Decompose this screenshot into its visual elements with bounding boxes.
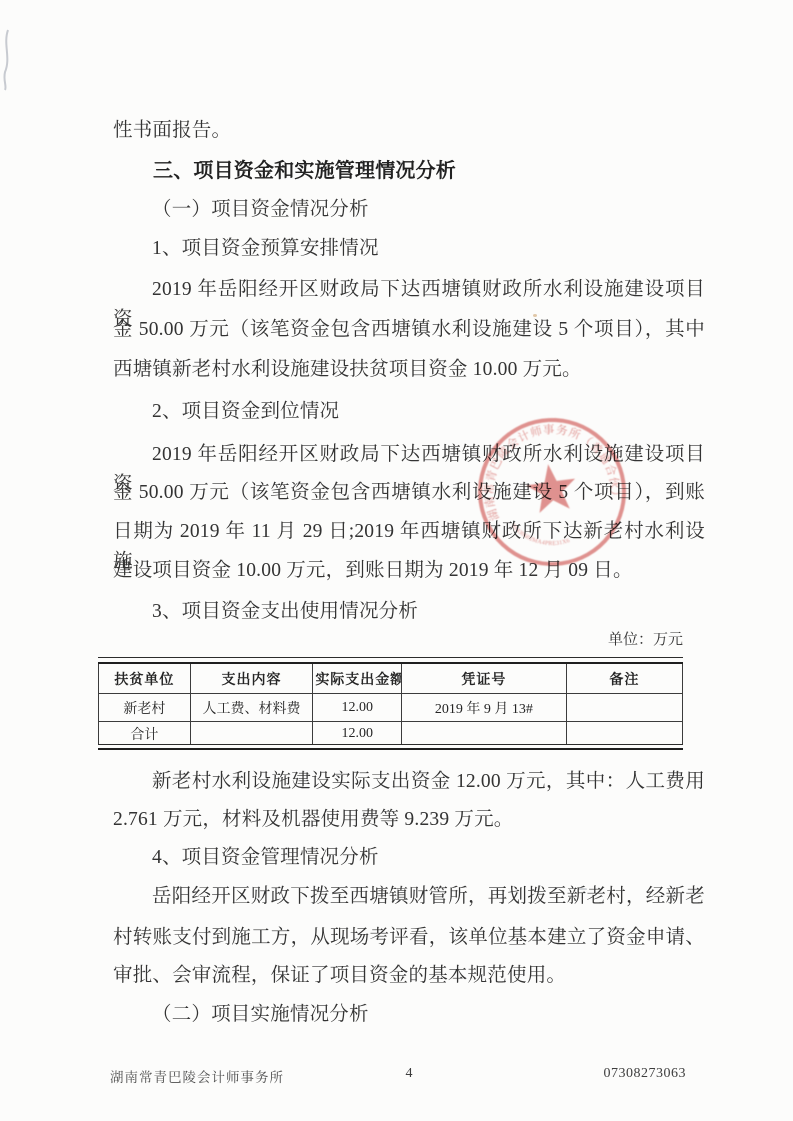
table-cell-remark bbox=[566, 694, 682, 722]
table-row: 新老村 人工费、材料费 12.00 2019 年 9 月 13# bbox=[99, 694, 683, 722]
list-item-2: 2、项目资金到位情况 bbox=[113, 397, 705, 427]
paragraph-3-line-2: 2.761 万元，材料及机器使用费等 9.239 万元。 bbox=[113, 805, 705, 835]
table-bottom-double-rule bbox=[98, 744, 683, 750]
table-header-row: 扶贫单位 支出内容 实际支出金额 凭证号 备注 bbox=[99, 664, 683, 694]
table-header-unit: 扶贫单位 bbox=[99, 664, 191, 694]
table-cell-voucher: 2019 年 9 月 13# bbox=[402, 694, 567, 722]
subsection-heading-2: （二）项目实施情况分析 bbox=[113, 1000, 705, 1030]
paragraph-4-line-1: 岳阳经开区财政下拨至西塘镇财管所，再划拨至新老村，经新老 bbox=[113, 882, 705, 912]
table-cell-total-amount: 12.00 bbox=[313, 722, 402, 746]
table-cell-total-content bbox=[190, 722, 313, 746]
paragraph-4-line-3: 审批、会审流程，保证了项目资金的基本规范使用。 bbox=[113, 961, 705, 991]
paragraph-4-line-2: 村转账支付到施工方，从现场考评看，该单位基本建立了资金申请、 bbox=[113, 923, 705, 953]
list-item-1: 1、项目资金预算安排情况 bbox=[113, 234, 705, 264]
table-top-double-rule bbox=[98, 657, 683, 664]
table-header-amount: 实际支出金额 bbox=[313, 664, 402, 694]
paragraph-2-line-2: 金 50.00 万元（该笔资金包含西塘镇水利设施建设 5 个项目），到账 bbox=[113, 478, 705, 508]
paragraph-1-line-1: 2019 年岳阳经开区财政局下达西塘镇财政所水利设施建设项目资 bbox=[113, 275, 705, 305]
table-header-content: 支出内容 bbox=[190, 664, 313, 694]
table-cell-total-remark bbox=[566, 722, 682, 746]
paragraph-2-line-3: 日期为 2019 年 11 月 29 日;2019 年西塘镇财政所下达新老村水利… bbox=[113, 517, 705, 547]
table-total-row: 合计 12.00 bbox=[99, 722, 683, 746]
table-cell-content: 人工费、材料费 bbox=[190, 694, 313, 722]
table-cell-total-label: 合计 bbox=[99, 722, 191, 746]
footer-phone-number: 07308273063 bbox=[98, 1066, 686, 1082]
expense-table: 扶贫单位 支出内容 实际支出金额 凭证号 备注 新老村 人工费、材料费 12.0… bbox=[98, 657, 683, 750]
opening-line: 性书面报告。 bbox=[113, 116, 705, 146]
table-header-remark: 备注 bbox=[566, 664, 682, 694]
section-heading: 三、项目资金和实施管理情况分析 bbox=[113, 156, 705, 186]
paragraph-1-line-2: 金 50.00 万元（该笔资金包含西塘镇水利设施建设 5 个项目），其中 bbox=[113, 315, 705, 345]
list-item-3: 3、项目资金支出使用情况分析 bbox=[113, 597, 705, 627]
table-header-voucher: 凭证号 bbox=[402, 664, 567, 694]
paragraph-2-line-1: 2019 年岳阳经开区财政局下达西塘镇财政所水利设施建设项目资 bbox=[113, 440, 705, 470]
paragraph-1-line-3: 西塘镇新老村水利设施建设扶贫项目资金 10.00 万元。 bbox=[113, 355, 705, 385]
scan-crease-artifact bbox=[0, 28, 16, 92]
paragraph-3-line-1: 新老村水利设施建设实际支出资金 12.00 万元，其中：人工费用 bbox=[113, 767, 705, 797]
document-page: 性书面报告。 三、项目资金和实施管理情况分析 （一）项目资金情况分析 1、项目资… bbox=[0, 0, 793, 1121]
list-item-4: 4、项目资金管理情况分析 bbox=[113, 843, 705, 873]
subsection-heading-1: （一）项目资金情况分析 bbox=[113, 195, 705, 225]
table-cell-unit: 新老村 bbox=[99, 694, 191, 722]
paragraph-2-line-4: 建设项目资金 10.00 万元，到账日期为 2019 年 12 月 09 日。 bbox=[113, 556, 705, 586]
table-cell-total-voucher bbox=[402, 722, 567, 746]
unit-label: 单位：万元 bbox=[98, 630, 683, 650]
table-cell-amount: 12.00 bbox=[313, 694, 402, 722]
